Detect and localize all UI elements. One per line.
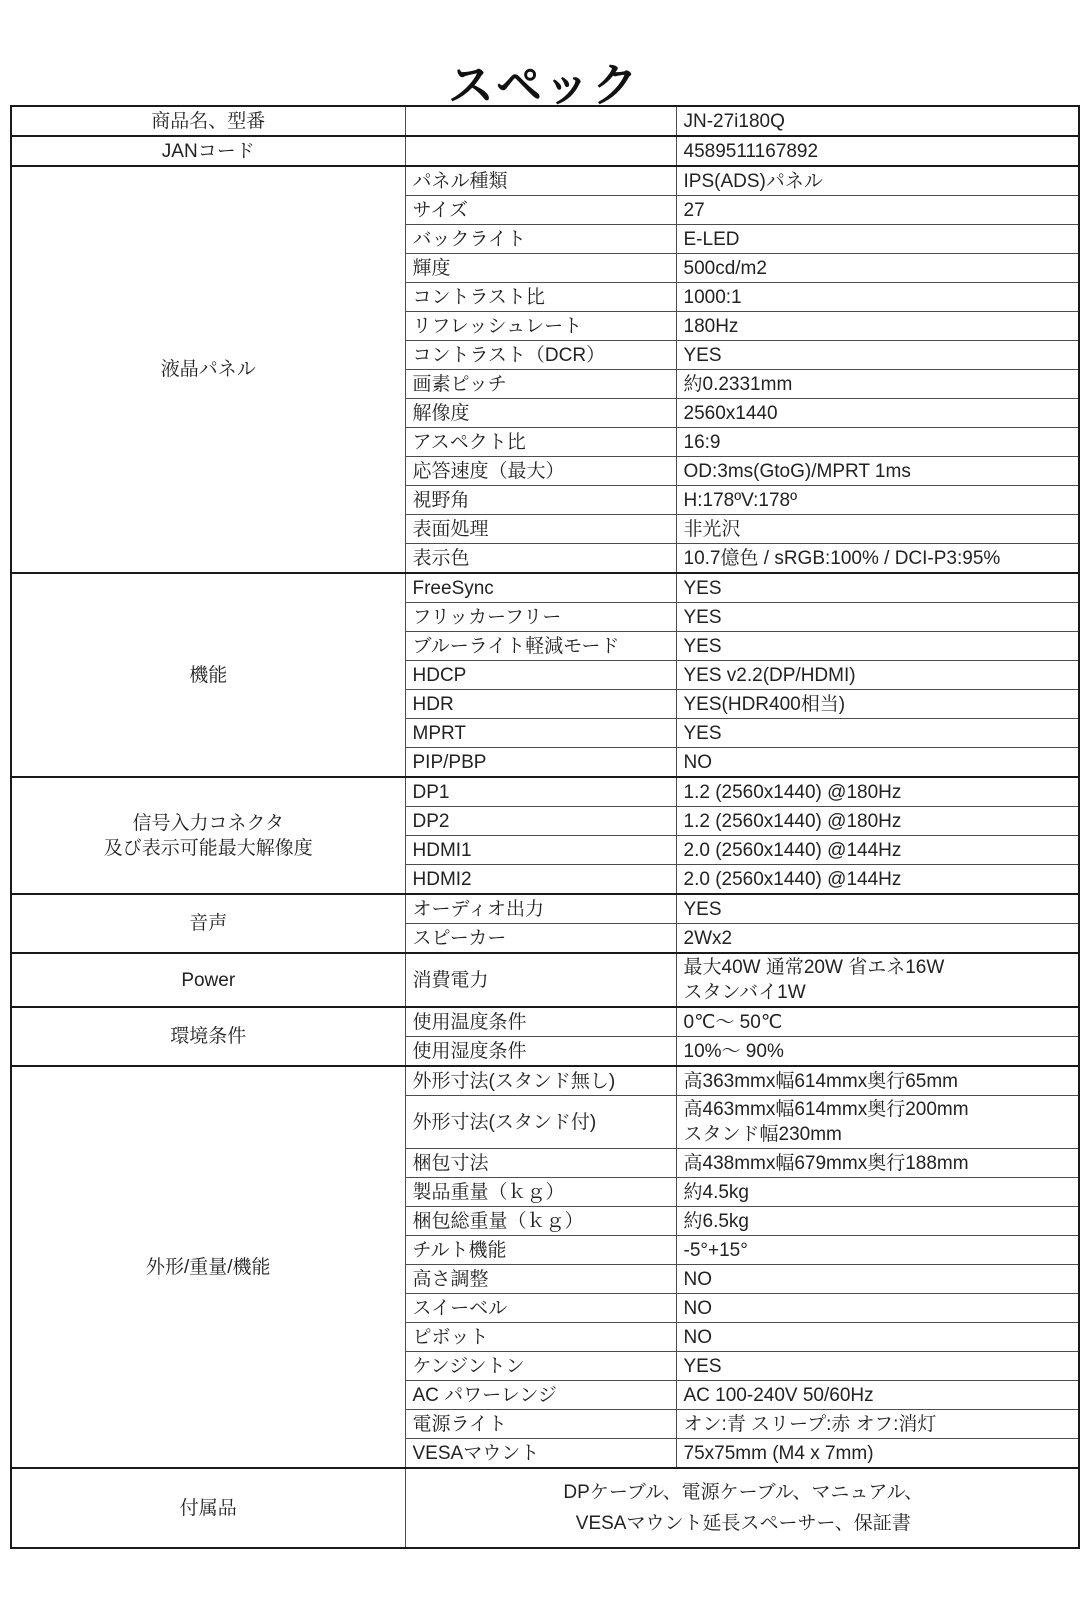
value-cell: 約0.2331mm	[676, 370, 1079, 399]
label-cell: 輝度	[405, 254, 676, 283]
category-cell: 環境条件	[11, 1007, 405, 1066]
value-cell: NO	[676, 1294, 1079, 1323]
value-cell: YES	[676, 603, 1079, 632]
category-cell: 外形/重量/機能	[11, 1066, 405, 1468]
table-row: Power消費電力最大40W 通常20W 省エネ16W スタンバイ1W	[11, 953, 1079, 1007]
value-cell: 高438mmx幅679mmx奥行188mm	[676, 1149, 1079, 1178]
table-row: JANコード4589511167892	[11, 136, 1079, 166]
label-cell: MPRT	[405, 719, 676, 748]
value-cell: 1000:1	[676, 283, 1079, 312]
value-cell: OD:3ms(GtoG)/MPRT 1ms	[676, 457, 1079, 486]
value-cell: YES v2.2(DP/HDMI)	[676, 661, 1079, 690]
label-cell: VESAマウント	[405, 1439, 676, 1469]
value-cell: 2.0 (2560x1440) @144Hz	[676, 865, 1079, 895]
label-cell: 外形寸法(スタンド付)	[405, 1096, 676, 1149]
table-row: 環境条件使用温度条件0℃～ 50℃	[11, 1007, 1079, 1037]
label-cell: 使用温度条件	[405, 1007, 676, 1037]
label-cell: PIP/PBP	[405, 748, 676, 778]
value-cell: 180Hz	[676, 312, 1079, 341]
label-cell: 応答速度（最大）	[405, 457, 676, 486]
category-cell: 商品名、型番	[11, 106, 405, 136]
table-row: 信号入力コネクタ 及び表示可能最大解像度DP11.2 (2560x1440) @…	[11, 777, 1079, 807]
label-cell: 表示色	[405, 544, 676, 574]
label-cell: ピボット	[405, 1323, 676, 1352]
label-cell: 製品重量（ｋｇ）	[405, 1178, 676, 1207]
value-cell: 2560x1440	[676, 399, 1079, 428]
category-cell: 液晶パネル	[11, 166, 405, 573]
label-cell: チルト機能	[405, 1236, 676, 1265]
label-cell: HDCP	[405, 661, 676, 690]
value-cell: NO	[676, 1323, 1079, 1352]
value-cell: 4589511167892	[676, 136, 1079, 166]
value-cell: 2.0 (2560x1440) @144Hz	[676, 836, 1079, 865]
category-cell: Power	[11, 953, 405, 1007]
label-cell: FreeSync	[405, 573, 676, 603]
value-cell: 1.2 (2560x1440) @180Hz	[676, 807, 1079, 836]
value-cell: 10%～ 90%	[676, 1037, 1079, 1067]
category-cell: 信号入力コネクタ 及び表示可能最大解像度	[11, 777, 405, 894]
label-cell: 画素ピッチ	[405, 370, 676, 399]
value-cell: YES	[676, 719, 1079, 748]
value-cell: 高363mmx幅614mmx奥行65mm	[676, 1066, 1079, 1096]
value-cell: 16:9	[676, 428, 1079, 457]
label-cell: パネル種類	[405, 166, 676, 196]
value-cell: NO	[676, 1265, 1079, 1294]
label-cell: HDR	[405, 690, 676, 719]
label-cell: ケンジントン	[405, 1352, 676, 1381]
label-cell	[405, 106, 676, 136]
label-cell: オーディオ出力	[405, 894, 676, 924]
table-row: 付属品DPケーブル、電源ケーブル、マニュアル、 VESAマウント延長スペーサー、…	[11, 1468, 1079, 1548]
table-row: 音声オーディオ出力YES	[11, 894, 1079, 924]
label-cell: フリッカーフリー	[405, 603, 676, 632]
label-cell: スイーベル	[405, 1294, 676, 1323]
value-cell: 約6.5kg	[676, 1207, 1079, 1236]
value-cell: E-LED	[676, 225, 1079, 254]
value-cell: 0℃～ 50℃	[676, 1007, 1079, 1037]
value-cell: NO	[676, 748, 1079, 778]
label-cell: 梱包総重量（ｋｇ）	[405, 1207, 676, 1236]
table-row: 機能FreeSyncYES	[11, 573, 1079, 603]
label-cell: 高さ調整	[405, 1265, 676, 1294]
label-cell: サイズ	[405, 196, 676, 225]
table-row: 液晶パネルパネル種類IPS(ADS)パネル	[11, 166, 1079, 196]
label-cell: 表面処理	[405, 515, 676, 544]
label-cell: 電源ライト	[405, 1410, 676, 1439]
spec-table: 商品名、型番JN-27i180QJANコード4589511167892液晶パネル…	[10, 105, 1078, 1549]
value-cell: YES	[676, 632, 1079, 661]
value-cell: DPケーブル、電源ケーブル、マニュアル、 VESAマウント延長スペーサー、保証書	[405, 1468, 1079, 1548]
category-cell: 付属品	[11, 1468, 405, 1548]
value-cell: IPS(ADS)パネル	[676, 166, 1079, 196]
label-cell: 梱包寸法	[405, 1149, 676, 1178]
label-cell: DP2	[405, 807, 676, 836]
value-cell: -5°+15°	[676, 1236, 1079, 1265]
label-cell: HDMI2	[405, 865, 676, 895]
label-cell: 消費電力	[405, 953, 676, 1007]
label-cell: DP1	[405, 777, 676, 807]
value-cell: 10.7億色 / sRGB:100% / DCI-P3:95%	[676, 544, 1079, 574]
value-cell: JN-27i180Q	[676, 106, 1079, 136]
value-cell: YES	[676, 573, 1079, 603]
label-cell: アスペクト比	[405, 428, 676, 457]
table-row: 外形/重量/機能外形寸法(スタンド無し)高363mmx幅614mmx奥行65mm	[11, 1066, 1079, 1096]
label-cell: コントラスト（DCR）	[405, 341, 676, 370]
spec-table-body: 商品名、型番JN-27i180QJANコード4589511167892液晶パネル…	[11, 106, 1079, 1548]
label-cell: 視野角	[405, 486, 676, 515]
value-cell: 27	[676, 196, 1079, 225]
label-cell: バックライト	[405, 225, 676, 254]
value-cell: 非光沢	[676, 515, 1079, 544]
label-cell: AC パワーレンジ	[405, 1381, 676, 1410]
category-cell: JANコード	[11, 136, 405, 166]
label-cell	[405, 136, 676, 166]
value-cell: 高463mmx幅614mmx奥行200mm スタンド幅230mm	[676, 1096, 1079, 1149]
table-row: 商品名、型番JN-27i180Q	[11, 106, 1079, 136]
label-cell: 解像度	[405, 399, 676, 428]
category-cell: 音声	[11, 894, 405, 953]
label-cell: HDMI1	[405, 836, 676, 865]
value-cell: YES	[676, 894, 1079, 924]
category-cell: 機能	[11, 573, 405, 777]
value-cell: 2Wx2	[676, 924, 1079, 954]
value-cell: YES(HDR400相当)	[676, 690, 1079, 719]
label-cell: 使用湿度条件	[405, 1037, 676, 1067]
label-cell: リフレッシュレート	[405, 312, 676, 341]
value-cell: 最大40W 通常20W 省エネ16W スタンバイ1W	[676, 953, 1079, 1007]
value-cell: YES	[676, 341, 1079, 370]
label-cell: 外形寸法(スタンド無し)	[405, 1066, 676, 1096]
value-cell: 500cd/m2	[676, 254, 1079, 283]
value-cell: 約4.5kg	[676, 1178, 1079, 1207]
value-cell: 1.2 (2560x1440) @180Hz	[676, 777, 1079, 807]
value-cell: YES	[676, 1352, 1079, 1381]
value-cell: オン:青 スリープ:赤 オフ:消灯	[676, 1410, 1079, 1439]
value-cell: AC 100-240V 50/60Hz	[676, 1381, 1079, 1410]
value-cell: H:178ºV:178º	[676, 486, 1079, 515]
label-cell: ブルーライト軽減モード	[405, 632, 676, 661]
label-cell: スピーカー	[405, 924, 676, 954]
label-cell: コントラスト比	[405, 283, 676, 312]
value-cell: 75x75mm (M4 x 7mm)	[676, 1439, 1079, 1469]
